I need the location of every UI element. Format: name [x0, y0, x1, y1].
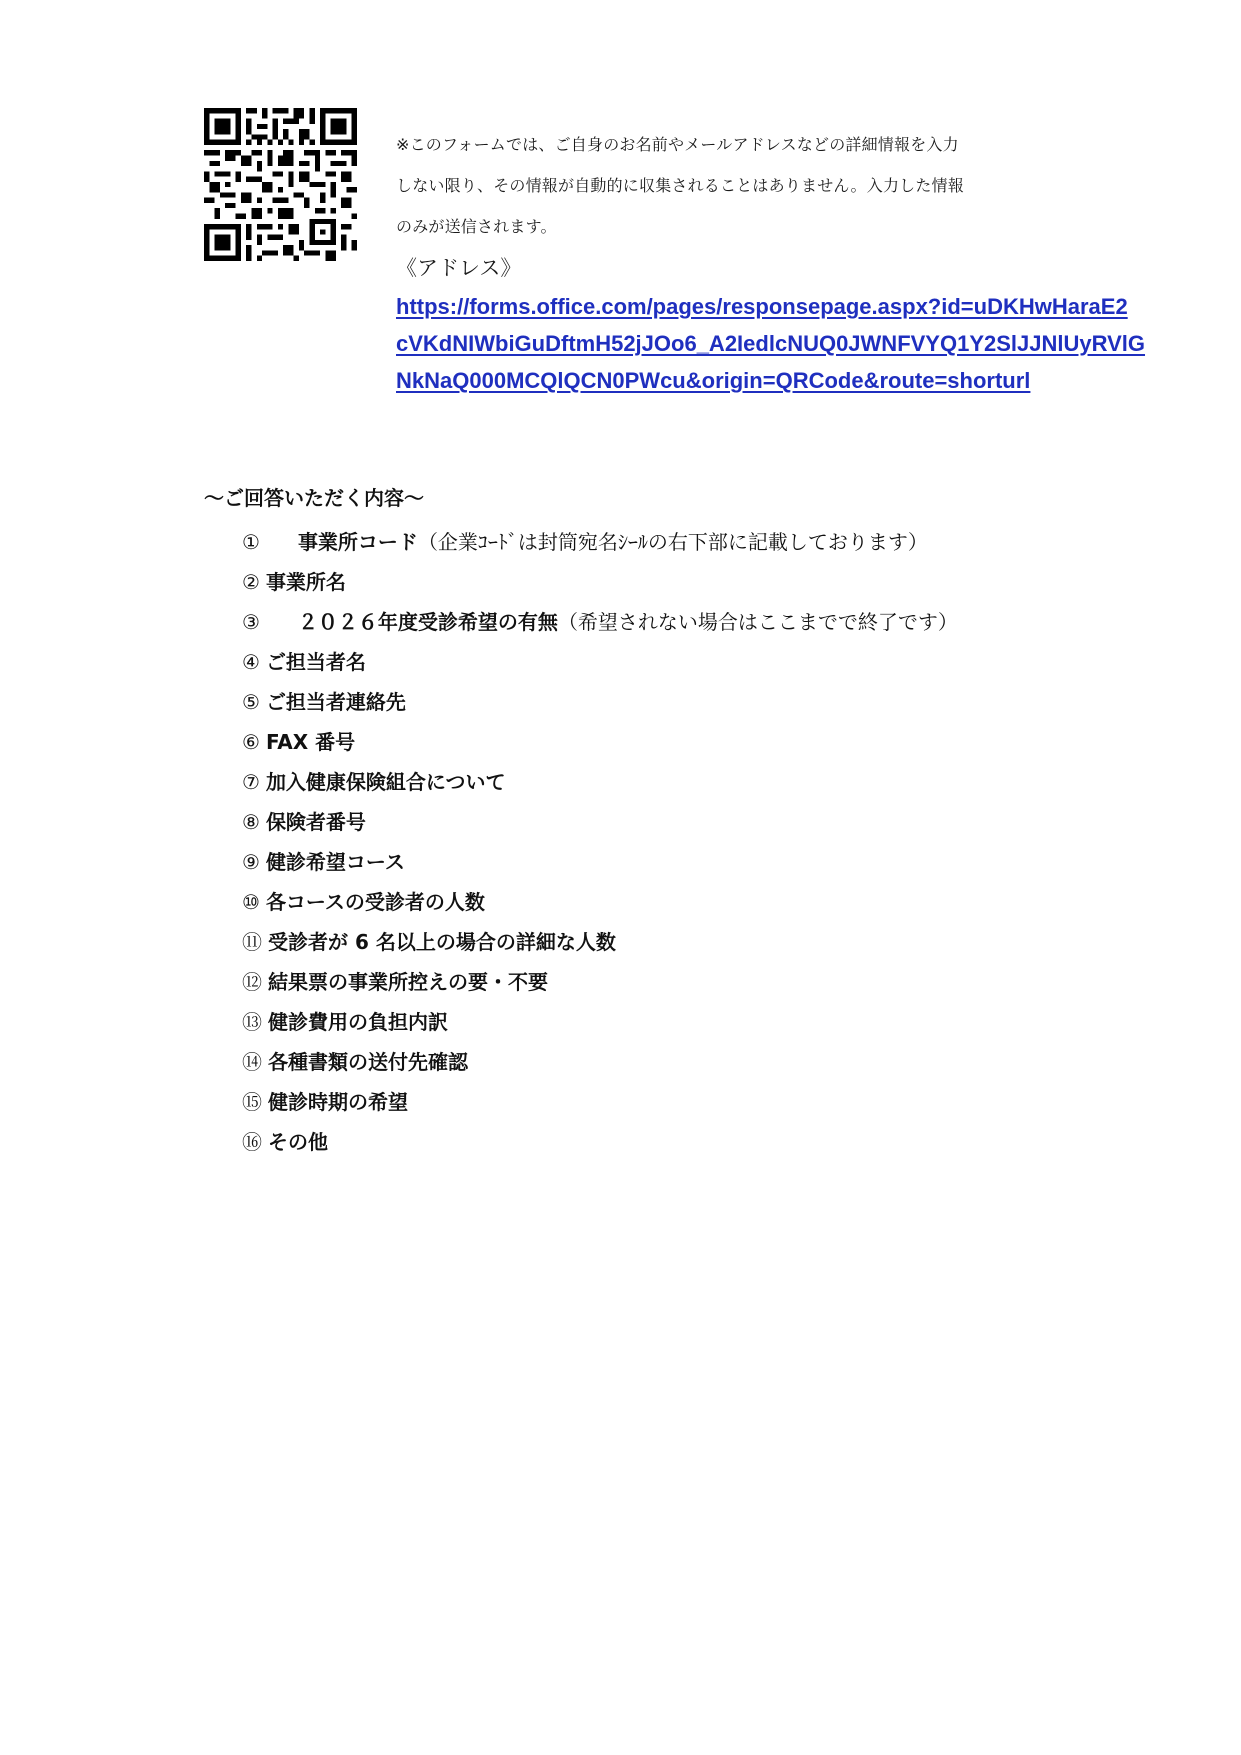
item-note: （希望されない場合はここまでで終了です）	[558, 610, 958, 634]
item-label: ご担当者名	[266, 650, 366, 674]
list-item: ⑯その他	[242, 1122, 958, 1162]
list-item: ⑨健診希望コース	[242, 842, 958, 882]
form-url-link[interactable]: https://forms.office.com/pages/responsep…	[396, 288, 1136, 399]
item-number: ⑦	[242, 762, 260, 802]
list-item: ⑦加入健康保険組合について	[242, 762, 958, 802]
item-label: 各コースの受診者の人数	[266, 890, 485, 914]
item-label: 結果票の事業所控えの要・不要	[268, 970, 548, 994]
item-label: ２０２６年度受診希望の有無	[298, 610, 558, 634]
item-label: 加入健康保険組合について	[266, 770, 506, 794]
item-number: ⑬	[242, 1002, 262, 1042]
list-item: ⑮健診時期の希望	[242, 1082, 958, 1122]
list-item: ⑩各コースの受診者の人数	[242, 882, 958, 922]
item-label: 保険者番号	[266, 810, 366, 834]
document-page: ※このフォームでは、ご自身のお名前やメールアドレスなどの詳細情報を入力 しない限…	[0, 0, 1241, 1755]
item-label: ご担当者連絡先	[266, 690, 406, 714]
item-note: （企業ｺｰﾄﾞは封筒宛名ｼｰﾙの右下部に記載しております）	[418, 530, 928, 554]
list-item: ⑫結果票の事業所控えの要・不要	[242, 962, 958, 1002]
item-number: ⑥	[242, 722, 260, 762]
item-number: ⑮	[242, 1082, 262, 1122]
notice-line: しない限り、その情報が自動的に収集されることはありません。入力した情報	[396, 165, 1096, 206]
item-label: 健診時期の希望	[268, 1090, 408, 1114]
url-line[interactable]: https://forms.office.com/pages/responsep…	[396, 288, 1136, 325]
item-number: ⑤	[242, 682, 260, 722]
item-label: 健診費用の負担内訳	[268, 1010, 448, 1034]
url-line[interactable]: cVKdNIWbiGuDftmH52jJOo6_A2IedlcNUQ0JWNFV…	[396, 325, 1136, 362]
list-item: ⑤ご担当者連絡先	[242, 682, 958, 722]
list-item: ②事業所名	[242, 562, 958, 602]
list-item: ⑪受診者が 6 名以上の場合の詳細な人数	[242, 922, 958, 962]
qr-code-icon[interactable]	[204, 108, 357, 261]
list-item: ⑬健診費用の負担内訳	[242, 1002, 958, 1042]
item-number: ⑭	[242, 1042, 262, 1082]
item-label: 受診者が 6 名以上の場合の詳細な人数	[268, 930, 616, 954]
item-label: 各種書類の送付先確認	[268, 1050, 468, 1074]
response-items-list: ①事業所コード（企業ｺｰﾄﾞは封筒宛名ｼｰﾙの右下部に記載しております） ②事業…	[242, 522, 958, 1162]
item-label: FAX 番号	[266, 730, 355, 754]
item-label: その他	[268, 1130, 328, 1154]
notice-line: ※このフォームでは、ご自身のお名前やメールアドレスなどの詳細情報を入力	[396, 124, 1096, 165]
list-item: ③２０２６年度受診希望の有無（希望されない場合はここまでで終了です）	[242, 602, 958, 642]
list-item: ①事業所コード（企業ｺｰﾄﾞは封筒宛名ｼｰﾙの右下部に記載しております）	[242, 522, 958, 562]
item-number: ⑩	[242, 882, 260, 922]
address-label: 《アドレス》	[396, 252, 521, 282]
item-number: ①	[242, 522, 260, 562]
item-number: ⑯	[242, 1122, 262, 1162]
item-number: ④	[242, 642, 260, 682]
list-item: ⑭各種書類の送付先確認	[242, 1042, 958, 1082]
list-item: ⑧保険者番号	[242, 802, 958, 842]
notice-line: のみが送信されます。	[396, 206, 1096, 247]
section-title: ～ご回答いただく内容～	[204, 482, 424, 511]
item-number: ⑧	[242, 802, 260, 842]
item-label: 事業所コード	[298, 530, 418, 554]
item-number: ⑨	[242, 842, 260, 882]
privacy-notice: ※このフォームでは、ご自身のお名前やメールアドレスなどの詳細情報を入力 しない限…	[396, 124, 1096, 247]
item-number: ⑫	[242, 962, 262, 1002]
list-item: ⑥FAX 番号	[242, 722, 958, 762]
item-number: ⑪	[242, 922, 262, 962]
list-item: ④ご担当者名	[242, 642, 958, 682]
item-number: ②	[242, 562, 260, 602]
item-label: 事業所名	[266, 570, 346, 594]
url-line[interactable]: NkNaQ000MCQlQCN0PWcu&origin=QRCode&route…	[396, 362, 1136, 399]
item-number: ③	[242, 602, 260, 642]
item-label: 健診希望コース	[266, 850, 405, 874]
